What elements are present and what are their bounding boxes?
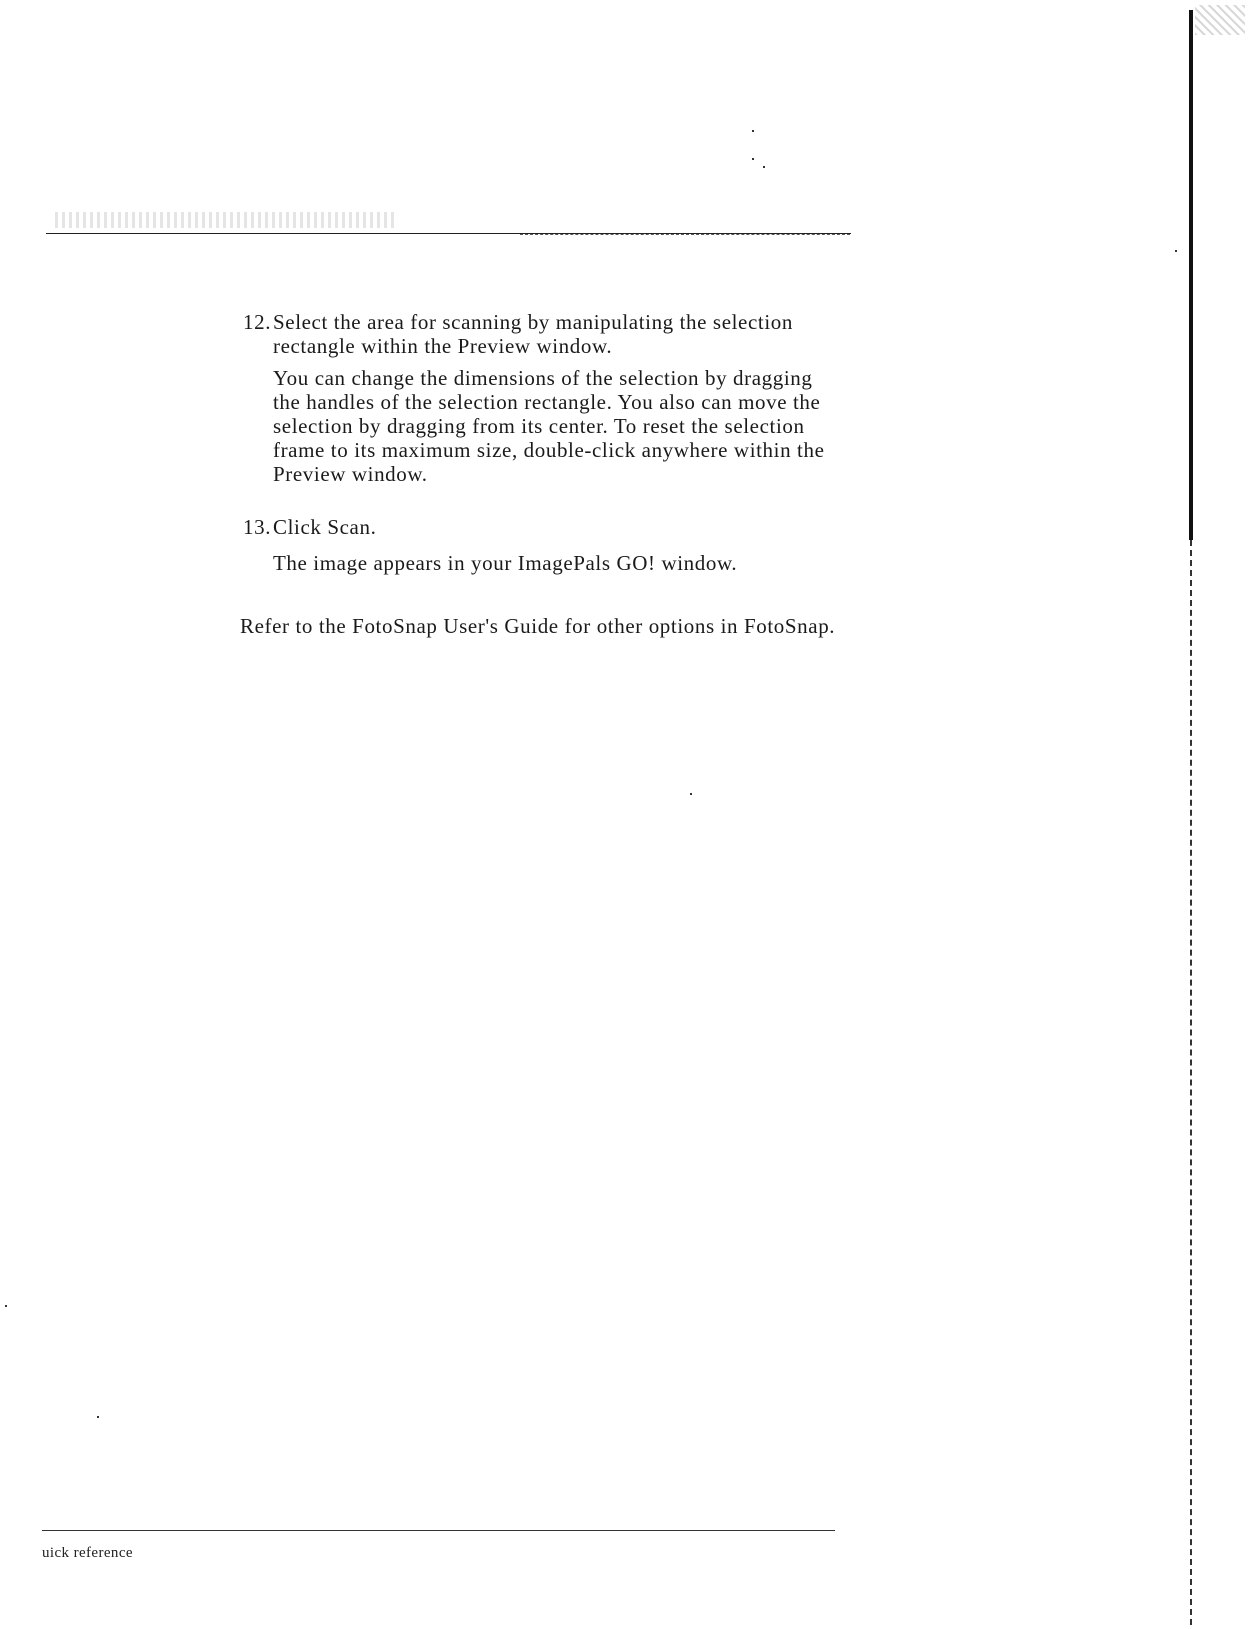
page-edge-line <box>1190 540 1192 1625</box>
footer-label: uick reference <box>42 1545 133 1562</box>
step-number: 13. <box>243 515 273 539</box>
scan-speck <box>763 166 765 168</box>
step-12-body-line-2: the handles of the selection rectangle. … <box>273 390 820 414</box>
step-13-title: 13.Click Scan. <box>243 515 376 539</box>
step-12-title-line-1: 12.Select the area for scanning by manip… <box>243 310 793 334</box>
step-12-body-line-4: frame to its maximum size, double-click … <box>273 438 825 462</box>
scan-artifact <box>1195 5 1245 35</box>
page-edge-shadow <box>1189 10 1193 540</box>
step-12-title-line-2: rectangle within the Preview window. <box>273 334 612 358</box>
running-head-faded <box>55 212 395 228</box>
footer-rule <box>42 1530 835 1531</box>
scan-speck <box>752 130 754 132</box>
closing-note: Refer to the FotoSnap User's Guide for o… <box>240 614 835 638</box>
step-13-body-line-1: The image appears in your ImagePals GO! … <box>273 551 737 575</box>
step-12-body-line-5: Preview window. <box>273 462 428 486</box>
step-number: 12. <box>243 310 273 334</box>
step-12-body-line-3: selection by dragging from its center. T… <box>273 414 805 438</box>
step-text: Select the area for scanning by manipula… <box>273 310 793 334</box>
scan-speck <box>5 1305 7 1307</box>
scan-speck <box>690 793 692 795</box>
scan-speck <box>752 158 754 160</box>
scan-speck <box>97 1416 99 1418</box>
step-12-body-line-1: You can change the dimensions of the sel… <box>273 366 812 390</box>
header-rule-dashed <box>520 234 850 235</box>
step-text: Click Scan. <box>273 515 376 539</box>
scan-speck <box>1175 250 1177 252</box>
